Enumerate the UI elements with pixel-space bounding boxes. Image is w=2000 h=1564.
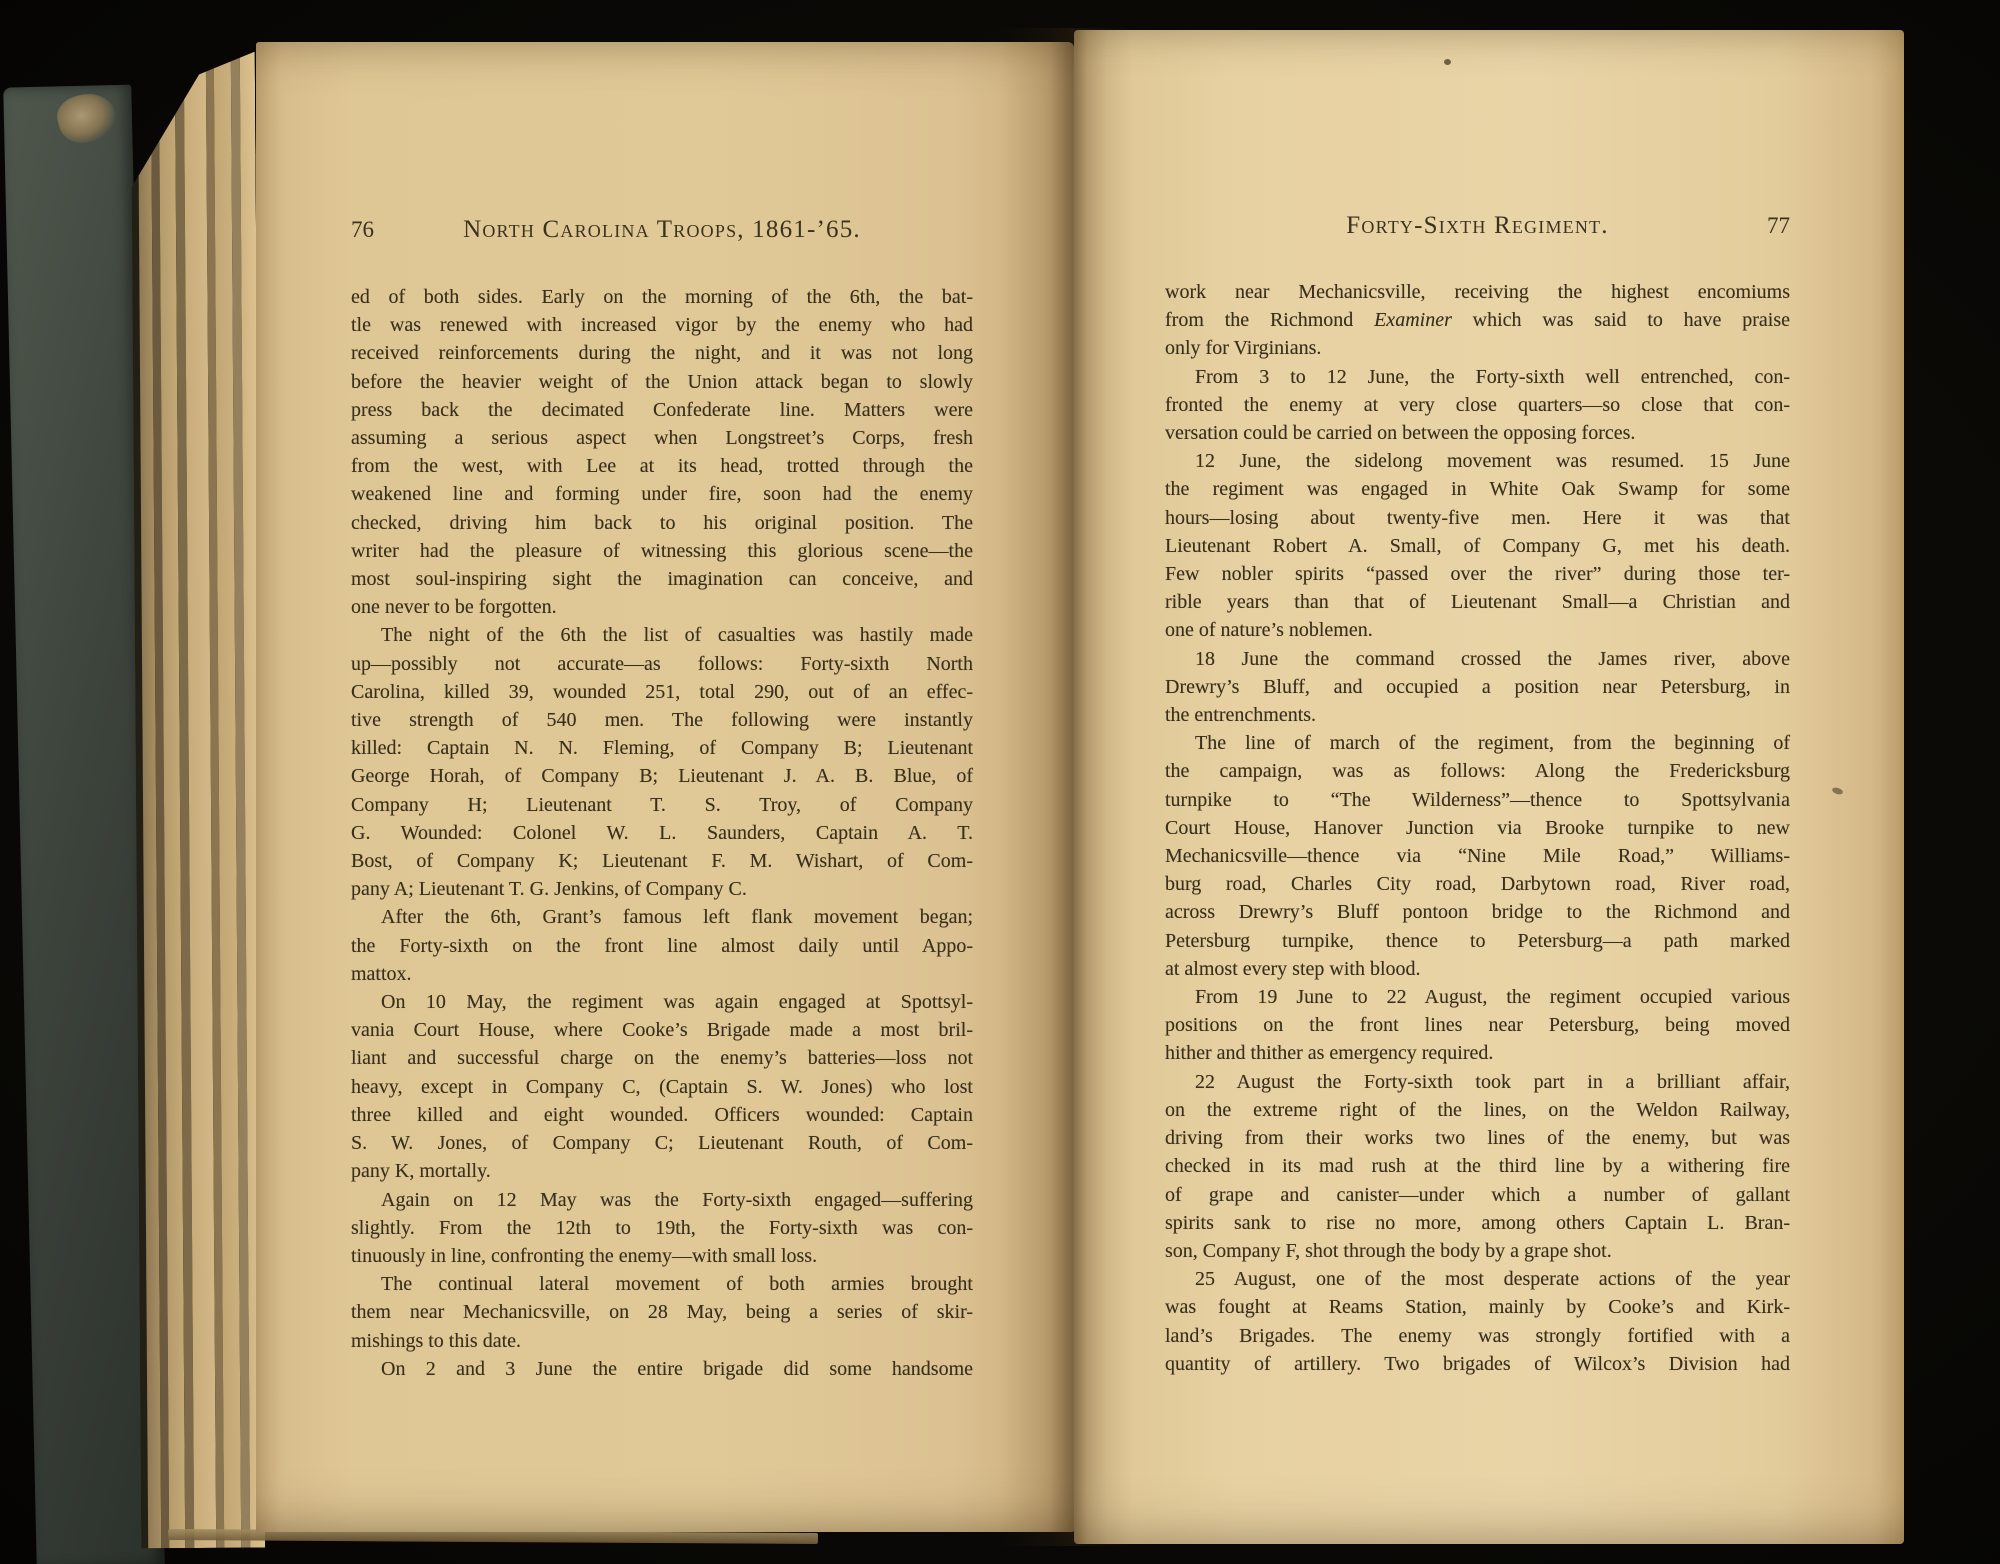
right-page: Forty-Sixth Regiment. 77 work near Mecha… [1074, 30, 1904, 1544]
text-line: The night of the 6th the list of casualt… [351, 621, 973, 649]
text-line: Petersburg turnpike, thence to Petersbur… [1165, 927, 1790, 955]
text-line: liant and successful charge on the enemy… [351, 1044, 973, 1072]
text-line: only for Virginians. [1165, 334, 1790, 362]
text-line: up—possibly not accurate—as follows: For… [351, 650, 973, 678]
text-line: weakened line and forming under fire, so… [351, 480, 973, 508]
text-line: them near Mechanicsville, on 28 May, bei… [351, 1298, 973, 1326]
text-line: from the west, with Lee at its head, tro… [351, 452, 973, 480]
text-line: received reinforcements during the night… [351, 339, 973, 367]
text-line: From 3 to 12 June, the Forty-sixth well … [1165, 363, 1790, 391]
text-line: Few nobler spirits “passed over the rive… [1165, 560, 1790, 588]
text-line: tle was renewed with increased vigor by … [351, 311, 973, 339]
text-line: Company H; Lieutenant T. S. Troy, of Com… [351, 791, 973, 819]
text-line: Drewry’s Bluff, and occupied a position … [1165, 673, 1790, 701]
text-line: Mechanicsville—thence via “Nine Mile Roa… [1165, 842, 1790, 870]
text-line: pany K, mortally. [351, 1157, 973, 1185]
text-line: tinuously in line, confronting the enemy… [351, 1242, 973, 1270]
text-line: Lieutenant Robert A. Small, of Company G… [1165, 532, 1790, 560]
page-edges-stack [131, 52, 265, 1549]
text-line: on the extreme right of the lines, on th… [1165, 1096, 1790, 1124]
text-line: On 10 May, the regiment was again engage… [351, 988, 973, 1016]
text-line: hither and thither as emergency required… [1165, 1039, 1790, 1067]
text-line: Bost, of Company K; Lieutenant F. M. Wis… [351, 847, 973, 875]
text-line: ed of both sides. Early on the morning o… [351, 283, 973, 311]
text-line: 12 June, the sidelong movement was resum… [1165, 447, 1790, 475]
left-page-running-title: North Carolina Troops, 1861-’65. [351, 216, 973, 244]
text-line: G. Wounded: Colonel W. L. Saunders, Capt… [351, 819, 973, 847]
right-page-text: work near Mechanicsville, receiving the … [1165, 278, 1790, 1378]
right-page-running-title: Forty-Sixth Regiment. [1165, 212, 1790, 240]
text-line: most soul-inspiring sight the imaginatio… [351, 565, 973, 593]
text-line: Carolina, killed 39, wounded 251, total … [351, 678, 973, 706]
text-line: one of nature’s noblemen. [1165, 616, 1790, 644]
text-line: one never to be forgotten. [351, 593, 973, 621]
text-line: checked, driving him back to his origina… [351, 509, 973, 537]
text-line: After the 6th, Grant’s famous left flank… [351, 903, 973, 931]
text-line: S. W. Jones, of Company C; Lieutenant Ro… [351, 1129, 973, 1157]
text-line: 22 August the Forty-sixth took part in a… [1165, 1068, 1790, 1096]
text-line: land’s Brigades. The enemy was strongly … [1165, 1322, 1790, 1350]
text-line: assuming a serious aspect when Longstree… [351, 424, 973, 452]
text-line: fronted the enemy at very close quarters… [1165, 391, 1790, 419]
text-line: The continual lateral movement of both a… [351, 1270, 973, 1298]
text-line: heavy, except in Company C, (Captain S. … [351, 1073, 973, 1101]
text-line: 18 June the command crossed the James ri… [1165, 645, 1790, 673]
text-line: Again on 12 May was the Forty-sixth enga… [351, 1186, 973, 1214]
text-line: versation could be carried on between th… [1165, 419, 1790, 447]
text-line: son, Company F, shot through the body by… [1165, 1237, 1790, 1265]
text-line: turnpike to “The Wilderness”—thence to S… [1165, 786, 1790, 814]
text-line: pany A; Lieutenant T. G. Jenkins, of Com… [351, 875, 973, 903]
text-line: hours—losing about twenty-five men. Here… [1165, 504, 1790, 532]
text-line: positions on the front lines near Peters… [1165, 1011, 1790, 1039]
left-page-text: ed of both sides. Early on the morning o… [351, 283, 973, 1383]
text-line: On 2 and 3 June the entire brigade did s… [351, 1355, 973, 1383]
text-line: press back the decimated Confederate lin… [351, 396, 973, 424]
text-line: burg road, Charles City road, Darbytown … [1165, 870, 1790, 898]
right-page-header: Forty-Sixth Regiment. 77 [1165, 212, 1790, 240]
text-line: at almost every step with blood. [1165, 955, 1790, 983]
text-line: before the heavier weight of the Union a… [351, 368, 973, 396]
text-line: killed: Captain N. N. Fleming, of Compan… [351, 734, 973, 762]
text-line: checked in its mad rush at the third lin… [1165, 1152, 1790, 1180]
text-line: From 19 June to 22 August, the regiment … [1165, 983, 1790, 1011]
text-line: driving from their works two lines of th… [1165, 1124, 1790, 1152]
text-line: writer had the pleasure of witnessing th… [351, 537, 973, 565]
text-line: was fought at Reams Station, mainly by C… [1165, 1293, 1790, 1321]
text-line: Court House, Hanover Junction via Brooke… [1165, 814, 1790, 842]
right-page-number: 77 [1767, 213, 1790, 239]
text-line: three killed and eight wounded. Officers… [351, 1101, 973, 1129]
left-page: 76 North Carolina Troops, 1861-’65. ed o… [256, 42, 1074, 1532]
text-line: work near Mechanicsville, receiving the … [1165, 278, 1790, 306]
italic-text: Examiner [1374, 309, 1452, 331]
text-line: tive strength of 540 men. The following … [351, 706, 973, 734]
left-page-number: 76 [351, 217, 374, 243]
text-line: George Horah, of Company B; Lieutenant J… [351, 762, 973, 790]
text-line: quantity of artillery. Two brigades of W… [1165, 1350, 1790, 1378]
text-line: from the Richmond Examiner which was sai… [1165, 306, 1790, 334]
text-line: mishings to this date. [351, 1327, 973, 1355]
book-photo: 76 North Carolina Troops, 1861-’65. ed o… [0, 0, 2000, 1564]
text-line: spirits sank to rise no more, among othe… [1165, 1209, 1790, 1237]
text-line: the regiment was engaged in White Oak Sw… [1165, 475, 1790, 503]
text-line: 25 August, one of the most desperate act… [1165, 1265, 1790, 1293]
text-line: slightly. From the 12th to 19th, the For… [351, 1214, 973, 1242]
text-line: The line of march of the regiment, from … [1165, 729, 1790, 757]
dust-speck [1444, 59, 1451, 65]
text-line: of grape and canister—under which a numb… [1165, 1181, 1790, 1209]
text-line: mattox. [351, 960, 973, 988]
text-line: the entrenchments. [1165, 701, 1790, 729]
text-line: the Forty-sixth on the front line almost… [351, 932, 973, 960]
text-line: vania Court House, where Cooke’s Brigade… [351, 1016, 973, 1044]
text-line: the campaign, was as follows: Along the … [1165, 757, 1790, 785]
text-line: rible years than that of Lieutenant Smal… [1165, 588, 1790, 616]
left-page-header: 76 North Carolina Troops, 1861-’65. [351, 216, 973, 244]
text-line: across Drewry’s Bluff pontoon bridge to … [1165, 898, 1790, 926]
